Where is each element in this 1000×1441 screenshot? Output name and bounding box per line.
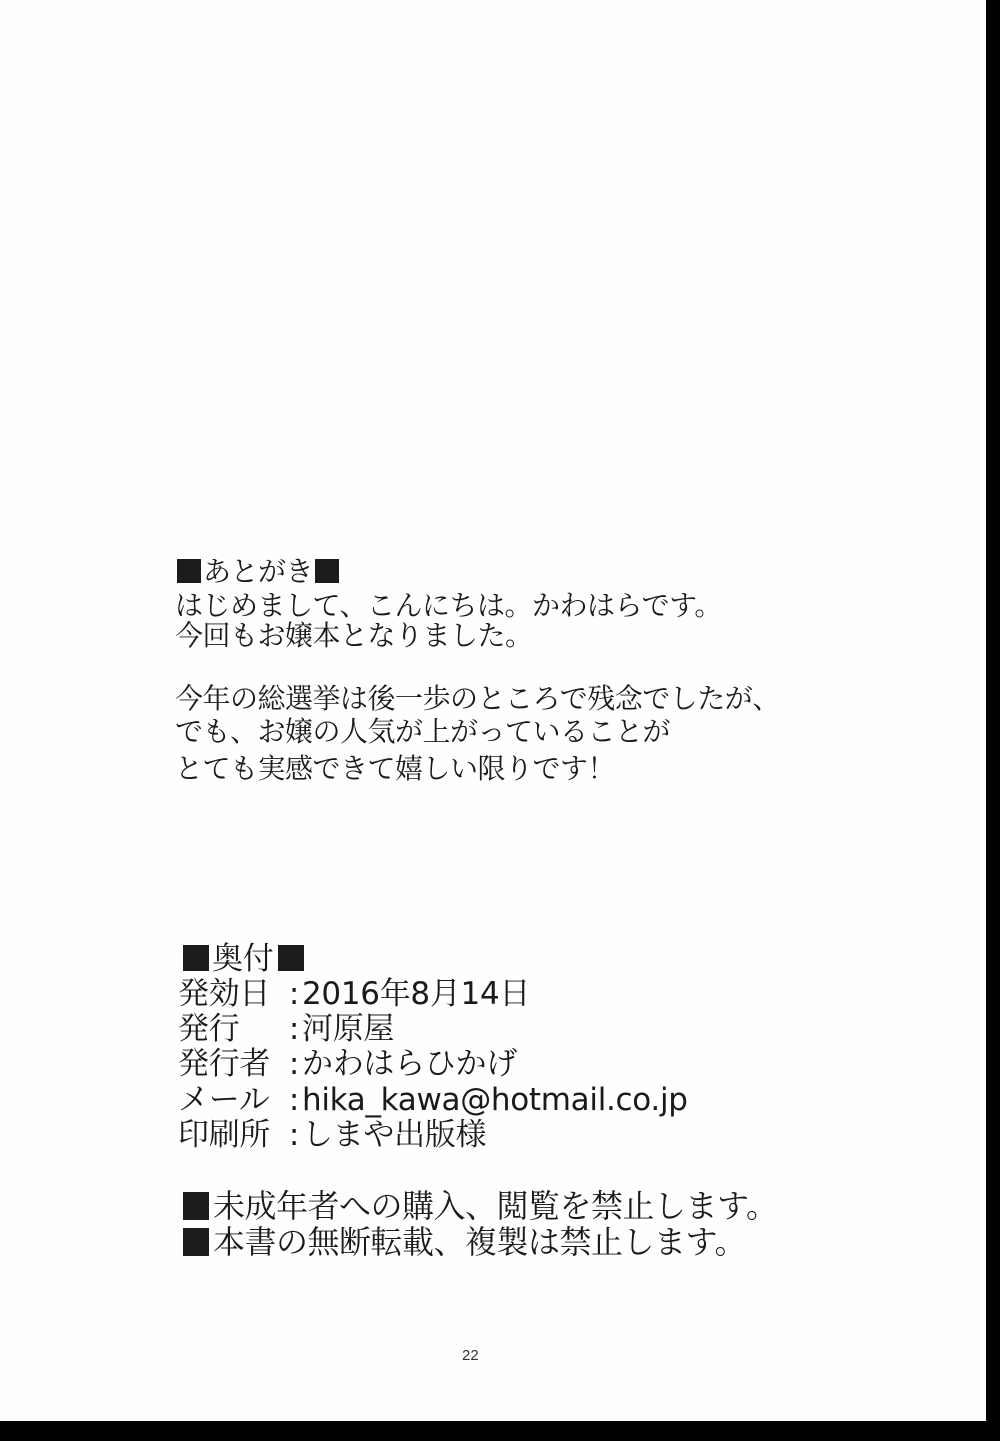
notice-text: 本書の無断転載、複製は禁止します。 [213, 1223, 746, 1261]
afterword-line: 今回もお嬢本となりました。 [175, 622, 533, 650]
page-number: 22 [462, 1347, 479, 1364]
colon: : [286, 1085, 302, 1116]
colon: : [286, 979, 302, 1010]
black-square-icon [183, 945, 209, 971]
colophon-heading-text: 奥付 [212, 941, 273, 977]
black-square-icon [177, 559, 201, 583]
colon: : [286, 1120, 302, 1151]
colophon-row-author: 発行者:かわはらひかげ [178, 1049, 517, 1080]
colophon-value: 2016年8月14日 [302, 979, 530, 1010]
colophon-label: 発行 [178, 1014, 286, 1045]
notice-line: 本書の無断転載、複製は禁止します。 [178, 1226, 746, 1258]
colophon-value: 河原屋 [302, 1014, 394, 1045]
colophon-row-printer: 印刷所:しまや出版様 [178, 1120, 486, 1151]
colophon-label: 発効日 [178, 979, 286, 1010]
colophon-value: しまや出版様 [302, 1120, 486, 1151]
colophon-row-issue-date: 発効日:2016年8月14日 [178, 979, 530, 1010]
colophon-row-publisher: 発行:河原屋 [178, 1014, 394, 1045]
colophon-row-email: メール:hika_kawa@hotmail.co.jp [178, 1085, 688, 1116]
colophon-label: 印刷所 [178, 1120, 286, 1151]
black-square-icon [315, 559, 339, 583]
afterword-line: とても実感できて嬉しい限りです！ [175, 755, 615, 783]
colophon-heading: 奥付 [178, 944, 307, 975]
notice-line: 未成年者への購入、閲覧を禁止します。 [178, 1190, 777, 1222]
colon: : [286, 1049, 302, 1080]
colophon-value: かわはらひかげ [302, 1049, 517, 1080]
afterword-line: 今年の総選挙は後一歩のところで残念でしたが、 [175, 685, 780, 713]
notice-text: 未成年者への購入、閲覧を禁止します。 [213, 1187, 777, 1225]
afterword-line: でも、お嬢の人気が上がっていることが [175, 718, 670, 746]
colophon-label: メール [178, 1085, 286, 1116]
black-square-icon [183, 1192, 209, 1220]
document-page: あとがき はじめまして、こんにちは。かわはらです。 今回もお嬢本となりました。 … [0, 0, 986, 1421]
afterword-heading: あとがき [175, 558, 341, 586]
black-square-icon [278, 945, 304, 971]
colophon-label: 発行者 [178, 1049, 286, 1080]
afterword-line: はじめまして、こんにちは。かわはらです。 [175, 592, 722, 620]
colon: : [286, 1014, 302, 1045]
colophon-email[interactable]: hika_kawa@hotmail.co.jp [302, 1085, 688, 1116]
afterword-heading-text: あとがき [203, 555, 313, 588]
black-square-icon [183, 1228, 209, 1256]
